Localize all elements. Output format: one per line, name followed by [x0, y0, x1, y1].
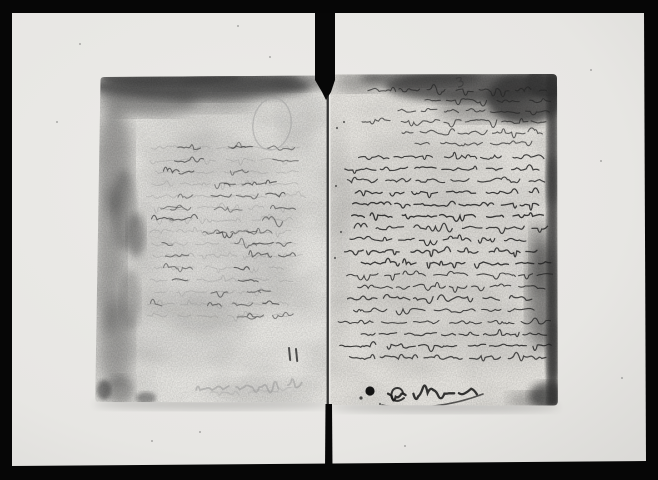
right-page — [328, 66, 570, 410]
gutter-line — [327, 95, 329, 406]
scan-image — [0, 0, 658, 480]
film-gap-bottom — [325, 404, 333, 469]
manuscript-scan — [0, 0, 658, 480]
left-page — [90, 70, 328, 404]
